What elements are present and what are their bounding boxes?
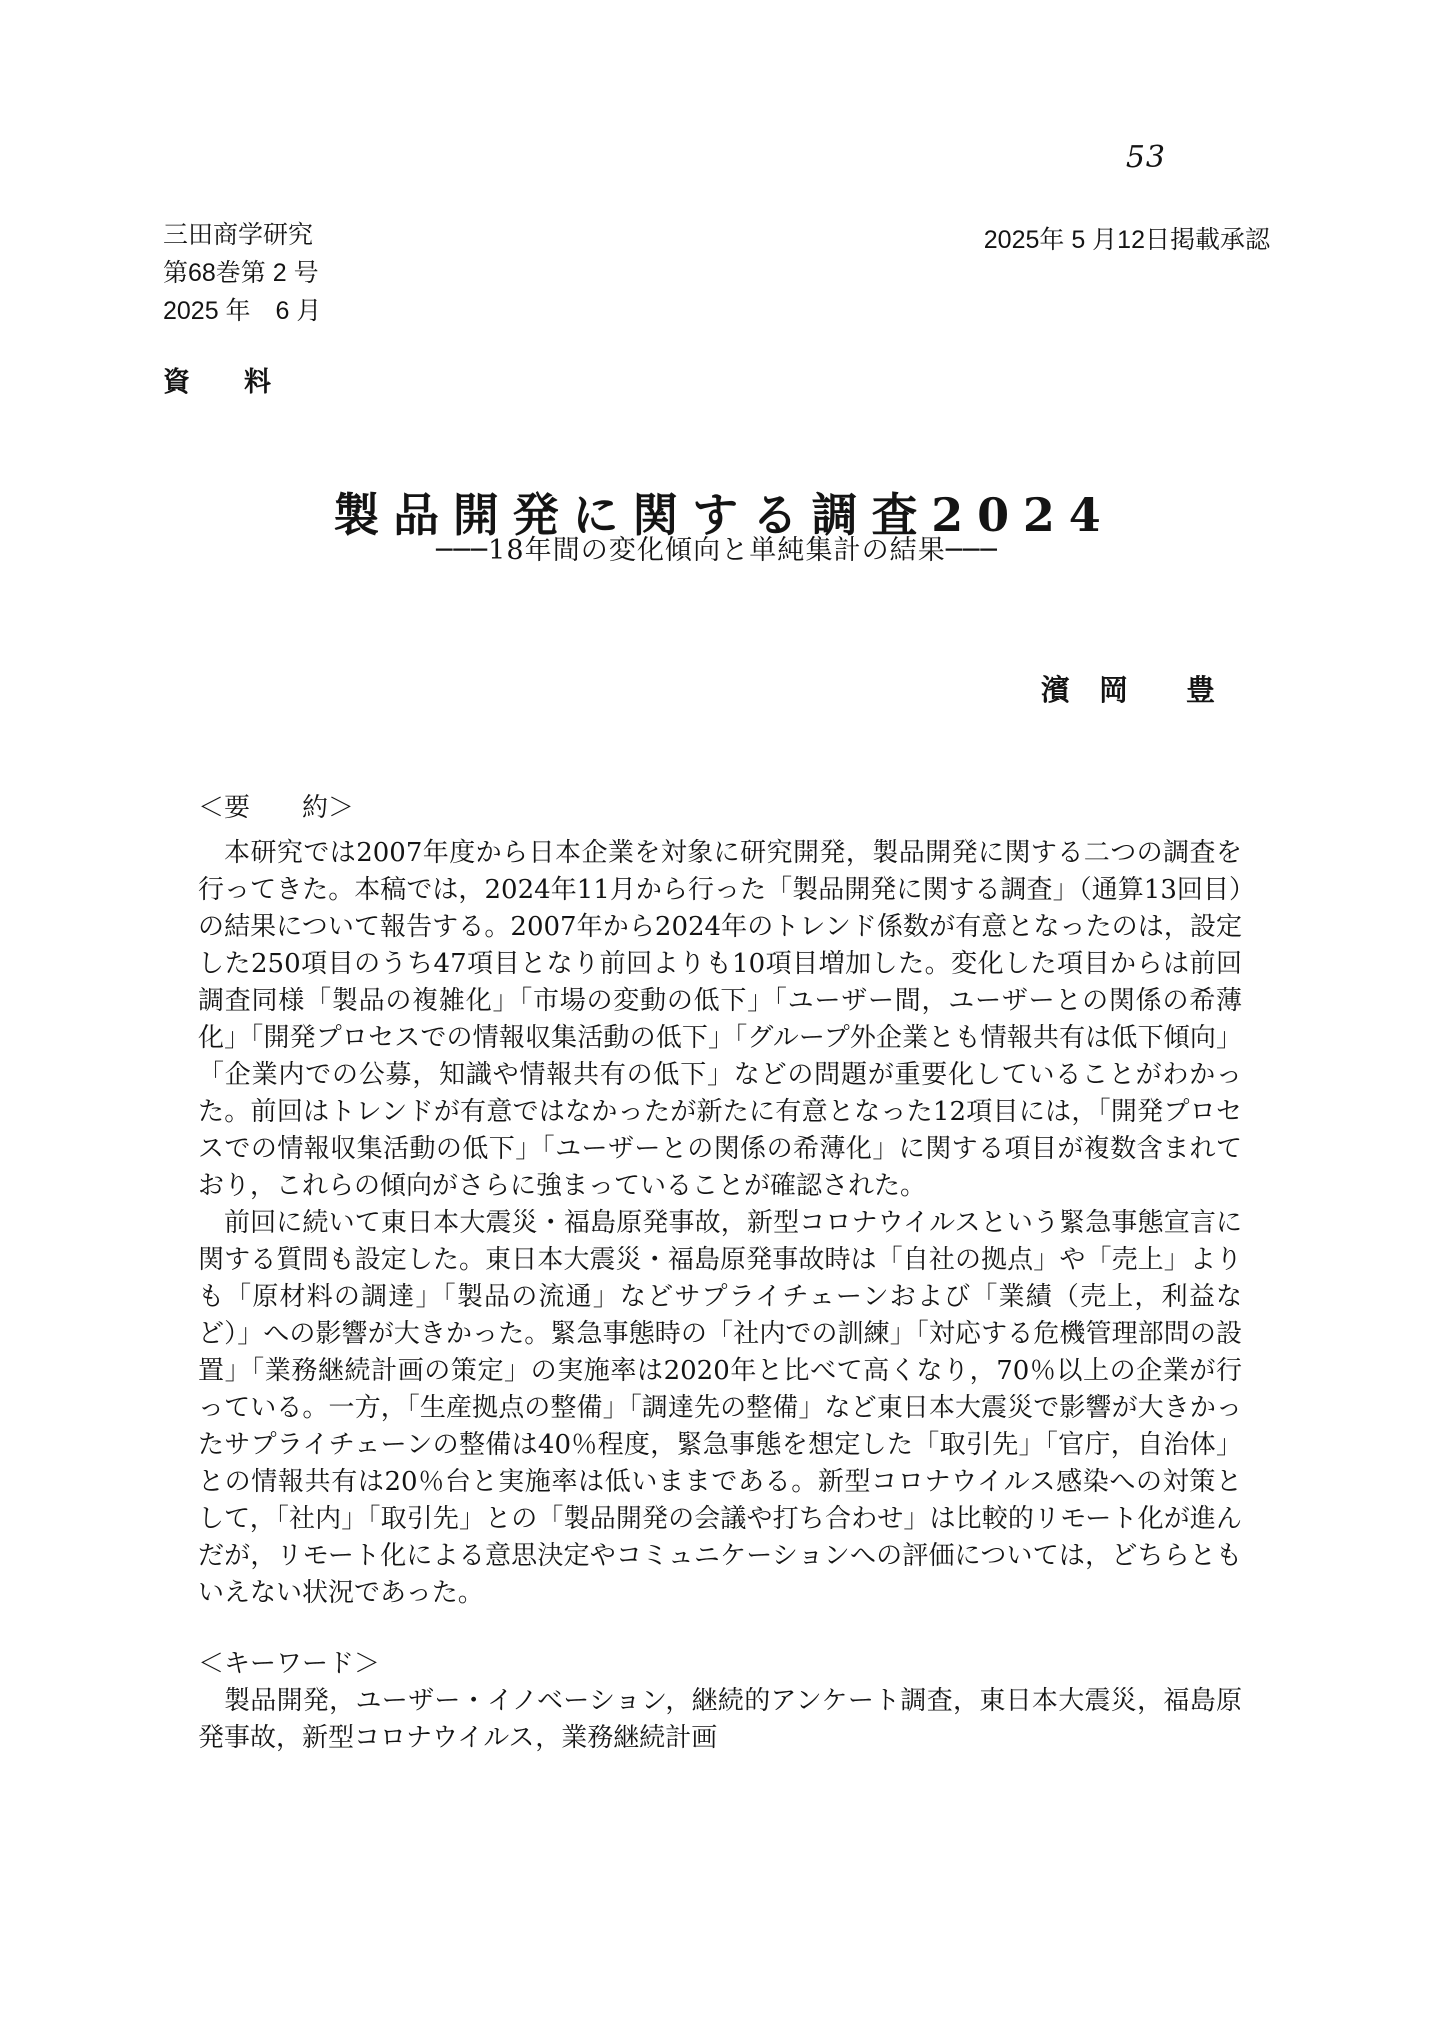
paper-page: 53 三田商学研究 第68巻第 2 号 2025 年 6 月 2025年 5 月…	[0, 0, 1434, 2024]
paper-subtitle: ───18年間の変化傾向と単純集計の結果───	[0, 528, 1434, 567]
journal-info: 三田商学研究 第68巻第 2 号 2025 年 6 月	[163, 216, 321, 330]
keywords-text: 製品開発，ユーザー・イノベーション，継続的アンケート調査，東日本大震災，福島原発…	[198, 1683, 1242, 1757]
page-number: 53	[1126, 140, 1166, 175]
keywords-heading: ＜キーワード＞	[198, 1646, 1242, 1683]
section-label: 資 料	[163, 360, 271, 399]
journal-name: 三田商学研究	[163, 216, 321, 254]
approval-note: 2025年 5 月12日掲載承認	[984, 220, 1270, 256]
abstract-heading: ＜要 約＞	[198, 790, 1242, 827]
journal-date: 2025 年 6 月	[163, 292, 321, 330]
journal-volume-issue: 第68巻第 2 号	[163, 254, 321, 292]
author-name: 濱 岡 豊	[1041, 668, 1215, 709]
abstract-section: ＜要 約＞ 本研究では2007年度から日本企業を対象に研究開発，製品開発に関する…	[198, 790, 1242, 1757]
abstract-paragraph-1: 本研究では2007年度から日本企業を対象に研究開発，製品開発に関する二つの調査を…	[198, 835, 1242, 1205]
abstract-paragraph-2: 前回に続いて東日本大震災・福島原発事故，新型コロナウイルスという緊急事態宣言に関…	[198, 1205, 1242, 1612]
